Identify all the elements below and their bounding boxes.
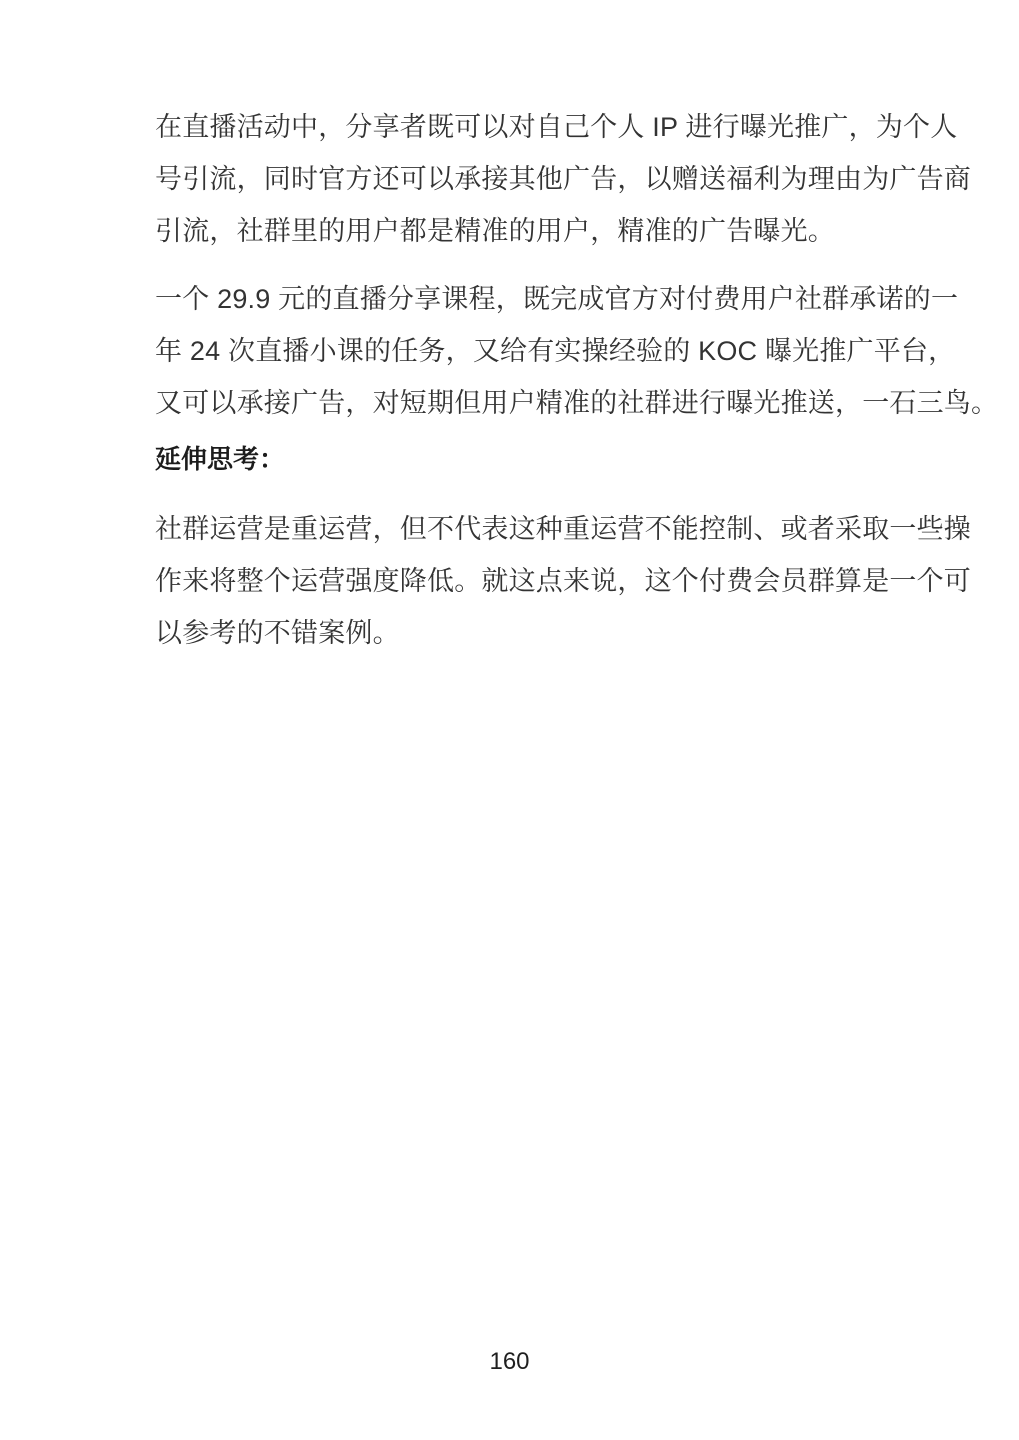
document-page: 在直播活动中，分享者既可以对自己个人 IP 进行曝光推广，为个人 号引流，同时官… bbox=[0, 0, 1019, 1440]
text-content: 在直播活动中，分享者既可以对自己个人 IP 进行曝光推广，为个人 号引流，同时官… bbox=[155, 101, 871, 659]
section-heading-extended-thinking: 延伸思考： bbox=[155, 433, 871, 485]
paragraph-live-exposure: 在直播活动中，分享者既可以对自己个人 IP 进行曝光推广，为个人 号引流，同时官… bbox=[155, 101, 871, 257]
page-number: 160 bbox=[0, 1346, 1019, 1378]
text-line: 作来将整个运营强度降低。就这点来说，这个付费会员群算是一个可 bbox=[155, 555, 871, 607]
text-line: 号引流，同时官方还可以承接其他广告，以赠送福利为理由为广告商 bbox=[155, 153, 871, 205]
text-line: 又可以承接广告，对短期但用户精准的社群进行曝光推送，一石三鸟。 bbox=[155, 377, 871, 429]
text-line: 社群运营是重运营，但不代表这种重运营不能控制、或者采取一些操 bbox=[155, 503, 871, 555]
text-line: 年 24 次直播小课的任务，又给有实操经验的 KOC 曝光推广平台， bbox=[155, 325, 871, 377]
paragraph-course-value: 一个 29.9 元的直播分享课程，既完成官方对付费用户社群承诺的一 年 24 次… bbox=[155, 273, 871, 429]
text-line: 引流，社群里的用户都是精准的用户，精准的广告曝光。 bbox=[155, 205, 871, 257]
text-line: 在直播活动中，分享者既可以对自己个人 IP 进行曝光推广，为个人 bbox=[155, 101, 871, 153]
text-line: 一个 29.9 元的直播分享课程，既完成官方对付费用户社群承诺的一 bbox=[155, 273, 871, 325]
paragraph-extended-thinking-body: 社群运营是重运营，但不代表这种重运营不能控制、或者采取一些操 作来将整个运营强度… bbox=[155, 503, 871, 659]
text-line: 以参考的不错案例。 bbox=[155, 607, 871, 659]
